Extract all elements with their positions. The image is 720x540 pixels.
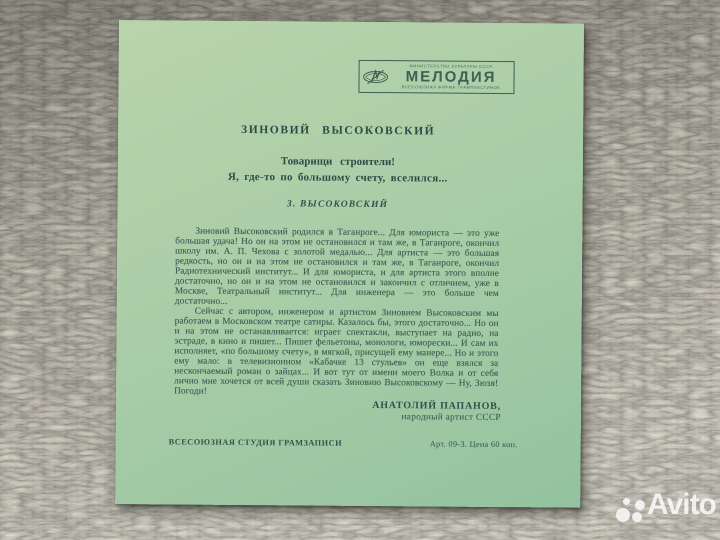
melodiya-emblem-icon xyxy=(362,65,388,87)
avito-logo-dot xyxy=(623,498,630,505)
avito-watermark-text: Avito xyxy=(647,488,716,522)
liner-notes: Зиновий Высоковский родился в Таганроге.… xyxy=(174,226,499,399)
record-title-line1: Товарищи строители! xyxy=(176,154,500,169)
melodiya-label-text: МИНИСТЕРСТВО КУЛЬТУРЫ СССР МЕЛОДИЯ ВСЕСО… xyxy=(392,64,509,90)
record-sleeve-back: МИНИСТЕРСТВО КУЛЬТУРЫ СССР МЕЛОДИЯ ВСЕСО… xyxy=(115,20,584,508)
signature-block: АНАТОЛИЙ ПАПАНОВ, народный артист СССР xyxy=(174,398,501,423)
avito-logo-dot xyxy=(632,512,642,522)
avito-logo-dot xyxy=(635,500,645,510)
artist-name: ЗИНОВИЙ ВЫСОКОВСКИЙ xyxy=(176,123,500,138)
melodiya-label: МИНИСТЕРСТВО КУЛЬТУРЫ СССР МЕЛОДИЯ ВСЕСО… xyxy=(358,60,514,94)
avito-logo-dot xyxy=(616,508,630,522)
label-brand: МЕЛОДИЯ xyxy=(406,69,497,85)
imprint-row: ВСЕСОЮЗНАЯ СТУДИЯ ГРАМЗАПИСИ Арт. 09-3. … xyxy=(169,437,518,449)
liner-notes-paragraph: Сейчас с автором, инженером и артистом З… xyxy=(174,306,499,399)
title-author: З. ВЫСОКОВСКИЙ xyxy=(176,198,500,211)
record-title-line2: Я, где-то по большому счету, вселился... xyxy=(176,170,500,185)
studio-name: ВСЕСОЮЗНАЯ СТУДИЯ ГРАМЗАПИСИ xyxy=(169,437,342,447)
liner-notes-paragraph: Зиновий Высоковский родился в Таганроге.… xyxy=(175,226,500,309)
label-firm: ВСЕСОЮЗНАЯ ФИРМА ГРАМПЛАСТИНОК xyxy=(402,85,501,90)
photo-scene: МИНИСТЕРСТВО КУЛЬТУРЫ СССР МЕЛОДИЯ ВСЕСО… xyxy=(0,0,720,540)
catalog-price: Арт. 09-3. Цена 60 коп. xyxy=(430,439,518,449)
signature-title: народный артист СССР xyxy=(174,410,501,423)
